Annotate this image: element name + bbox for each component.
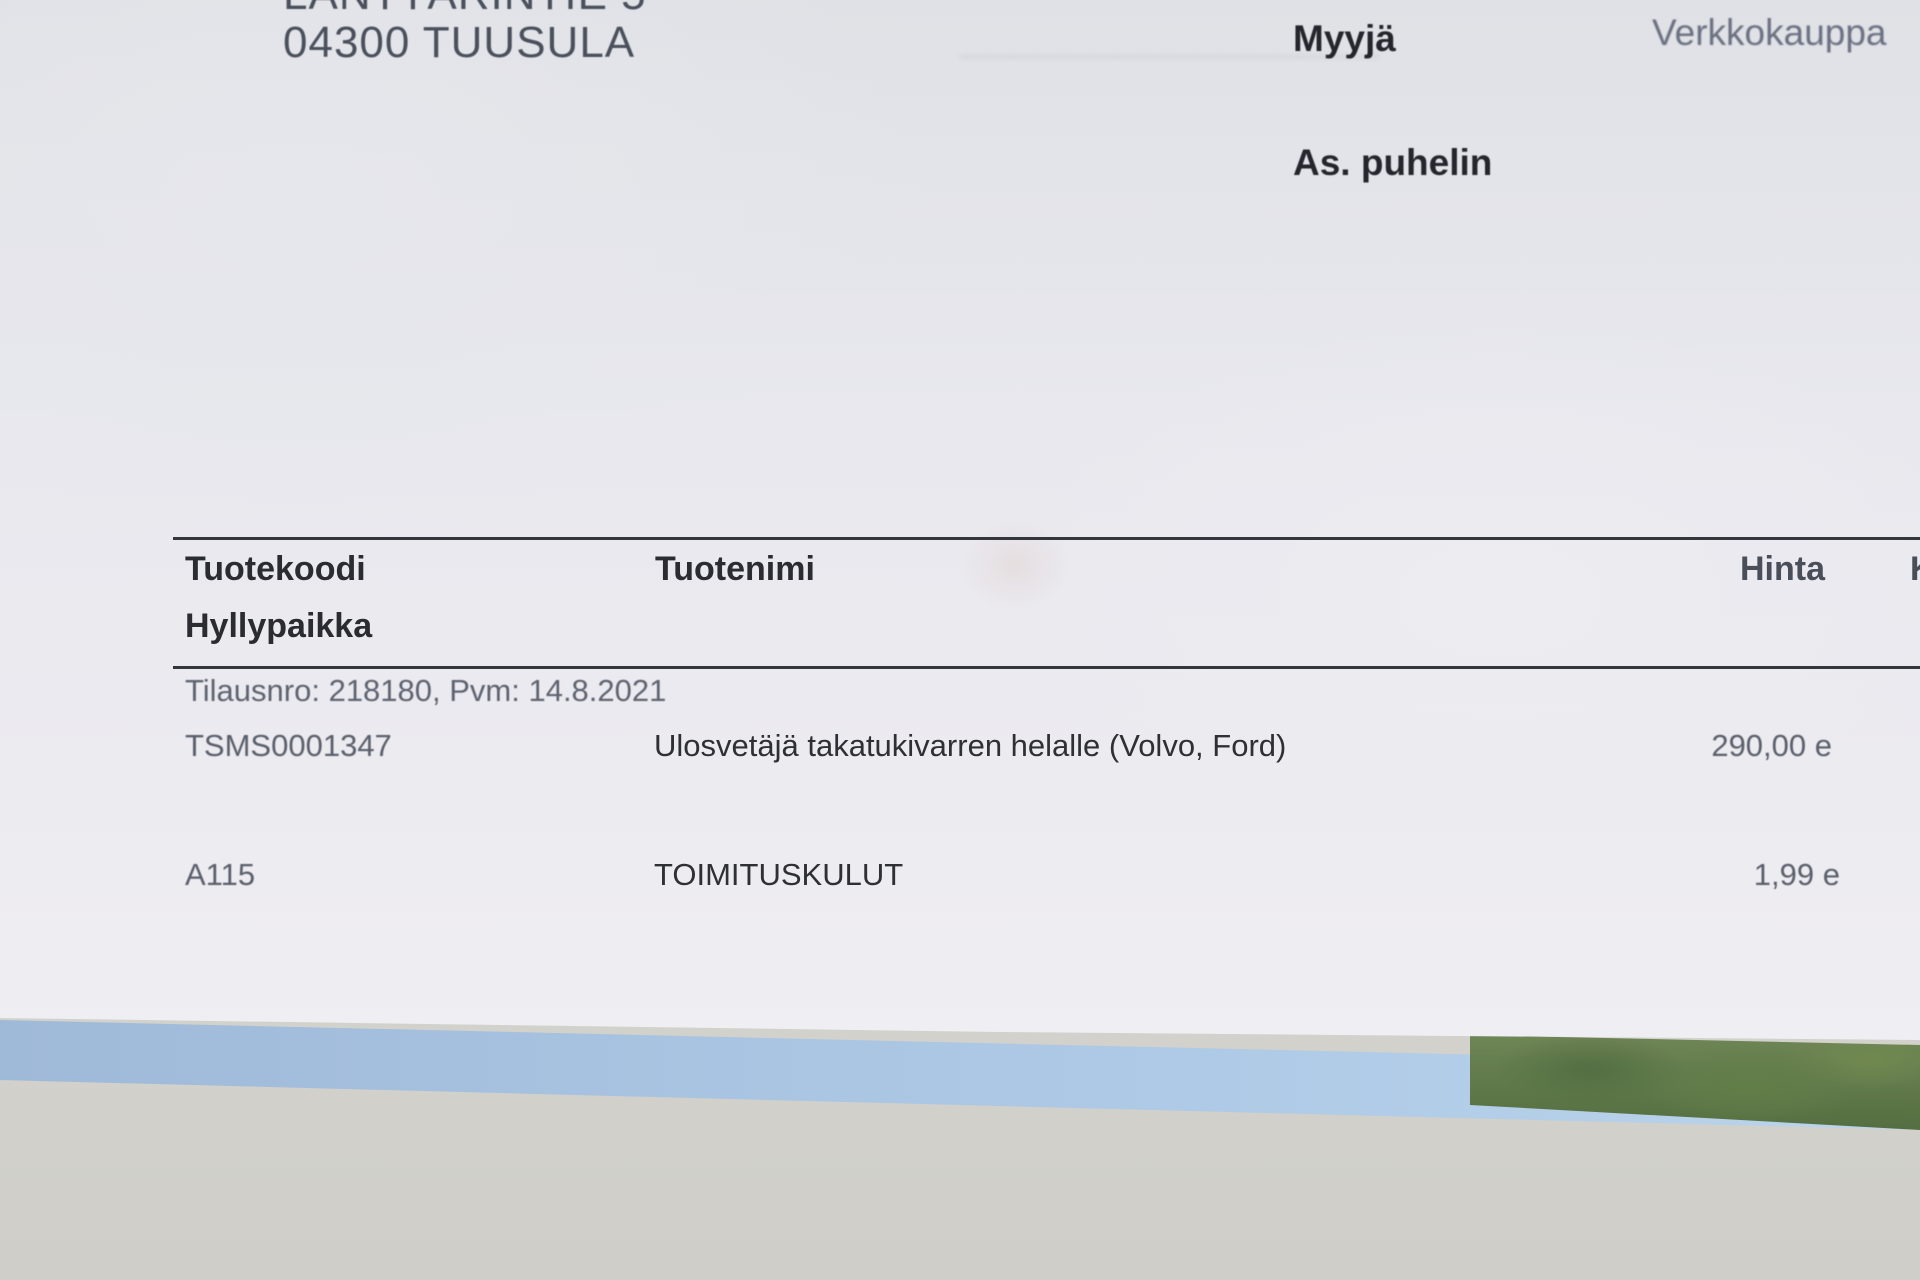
table-header-rule: [173, 666, 1920, 669]
invoice-paper: ▁▁▁▁▁▁▁▁▁▁▁▁▁▁▁▁ LÄNTTÄRINTIE 5 04300 TU…: [0, 0, 1920, 1040]
header-shelf-location: Hyllypaikka: [185, 607, 372, 646]
row-product-name: Ulosvetäjä takatukivarren helalle (Volvo…: [654, 728, 1286, 764]
seller-value: Verkkokauppa: [1652, 12, 1887, 54]
phone-label: As. puhelin: [1293, 142, 1492, 184]
row-product-code: TSMS0001347: [185, 728, 392, 764]
row-product-code: A115: [185, 857, 255, 893]
header-price: Hinta: [1600, 550, 1825, 589]
paper-stain: [960, 520, 1070, 610]
row-price: 290,00 e: [1560, 728, 1832, 764]
seller-label: Myyjä: [1293, 18, 1396, 60]
row-product-name: TOIMITUSKULUT: [654, 857, 903, 893]
header-product-name: Tuotenimi: [655, 550, 815, 589]
recipient-postal-city: 04300 TUUSULA: [283, 18, 635, 68]
header-cut-column: K: [1910, 550, 1920, 589]
order-info: Tilausnro: 218180, Pvm: 14.8.2021: [185, 673, 666, 709]
header-product-code: Tuotekoodi: [185, 550, 366, 589]
row-price: 1,99 e: [1560, 857, 1840, 893]
recipient-street: LÄNTTÄRINTIE 5: [283, 0, 647, 20]
table-top-rule: [173, 537, 1920, 540]
